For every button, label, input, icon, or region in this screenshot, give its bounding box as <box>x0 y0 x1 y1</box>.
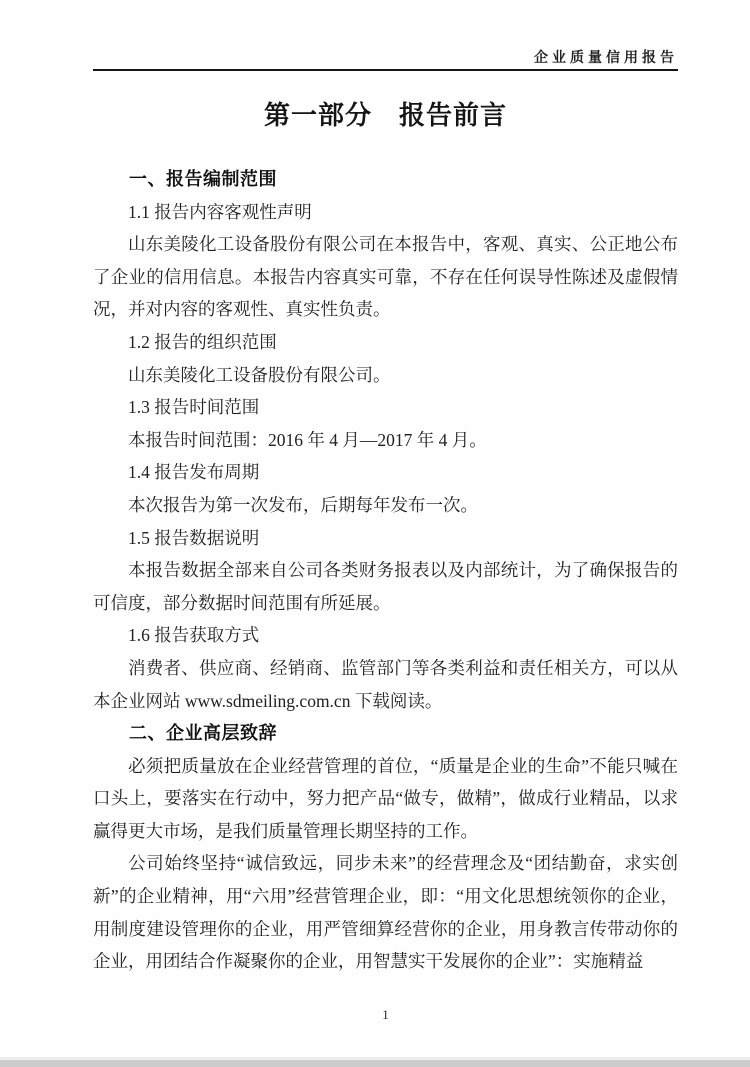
body-paragraph: 山东美陵化工设备股份有限公司在本报告中，客观、真实、公正地公布了企业的信用信息。… <box>93 228 678 326</box>
header-rule <box>93 69 678 71</box>
section-heading: 一、报告编制范围 <box>93 163 678 196</box>
body-paragraph: 山东美陵化工设备股份有限公司。 <box>93 359 678 392</box>
scan-edge-dark-band <box>0 1060 750 1067</box>
page-number: 1 <box>93 1007 678 1023</box>
page-title: 第一部分 报告前言 <box>93 95 678 132</box>
body-paragraph: 本次报告为第一次发布，后期每年发布一次。 <box>93 489 678 522</box>
body-paragraph: 本报告数据全部来自公司各类财务报表以及内部统计，为了确保报告的可信度，部分数据时… <box>93 554 678 619</box>
body-paragraph: 公司始终坚持“诚信致远，同步未来”的经营理念及“团结勤奋，求实创新”的企业精神，… <box>93 847 678 977</box>
body-paragraph: 本报告时间范围：2016 年 4 月—2017 年 4 月。 <box>93 424 678 457</box>
scan-bottom-edge <box>0 1057 750 1067</box>
section-heading: 二、企业高层致辞 <box>93 717 678 750</box>
section-subheading: 1.6 报告获取方式 <box>93 619 678 652</box>
body-paragraph: 消费者、供应商、经销商、监管部门等各类利益和责任相关方，可以从本企业网站 www… <box>93 652 678 717</box>
section-subheading: 1.5 报告数据说明 <box>93 522 678 555</box>
document-body: 一、报告编制范围1.1 报告内容客观性声明山东美陵化工设备股份有限公司在本报告中… <box>93 163 678 978</box>
body-paragraph: 必须把质量放在企业经营管理的首位，“质量是企业的生命”不能只喊在口头上，要落实在… <box>93 750 678 848</box>
section-subheading: 1.1 报告内容客观性声明 <box>93 196 678 229</box>
running-header-title: 企业质量信用报告 <box>534 47 678 67</box>
section-subheading: 1.2 报告的组织范围 <box>93 326 678 359</box>
section-subheading: 1.4 报告发布周期 <box>93 456 678 489</box>
document-page: 企业质量信用报告 第一部分 报告前言 一、报告编制范围1.1 报告内容客观性声明… <box>0 0 750 1067</box>
section-subheading: 1.3 报告时间范围 <box>93 391 678 424</box>
